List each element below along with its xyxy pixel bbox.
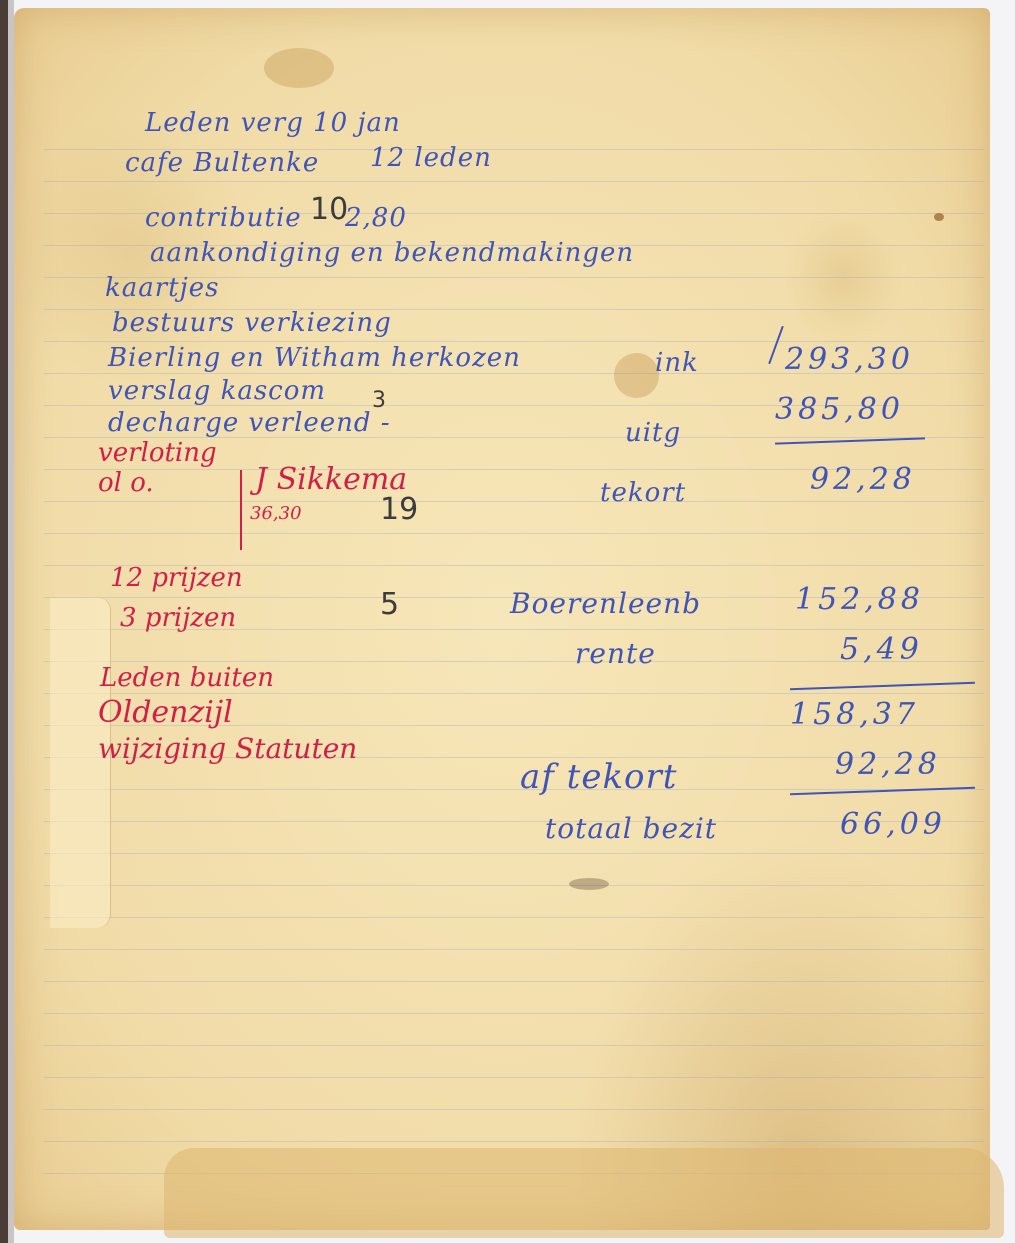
water-stain-bottom [164, 1148, 1004, 1238]
total-value: 66,09 [840, 810, 946, 840]
contribution-value: 2,80 [345, 205, 407, 231]
prizes-3: 3 prijzen [120, 605, 236, 631]
contribution-pencil-overwrite: 10 [310, 195, 348, 225]
audit-report-line: verslag kascom [108, 378, 326, 404]
stain [264, 48, 334, 88]
village-name: Oldenzijl [98, 698, 233, 728]
member-count: 12 leden [370, 145, 492, 171]
red-brace [240, 470, 242, 550]
income-value: 293,30 [785, 345, 914, 375]
board-election-line: bestuurs verkiezing [112, 310, 392, 336]
contribution-label: contributie [145, 205, 302, 231]
stain [614, 353, 659, 398]
deficit-value: 92,28 [810, 465, 916, 495]
bank-label: Boerenleenb [510, 590, 701, 618]
minus-deficit-value: 92,28 [835, 750, 941, 780]
prizes-12: 12 prijzen [110, 565, 243, 591]
pencil-number-5: 5 [380, 590, 399, 620]
raffle-label: verloting [98, 440, 217, 466]
ink-smudge [569, 878, 609, 890]
re-elected-line: Bierling en Witham herkozen [108, 345, 521, 371]
total-label: totaal bezit [545, 815, 717, 843]
statute-change: wijziging Statuten [98, 735, 357, 763]
announcements-line: aankondiging en bekendmakingen [150, 240, 634, 266]
pencil-check-3: 3 [372, 390, 386, 412]
raffle-name: J Sikkema [255, 465, 407, 495]
subtotal-value: 158,37 [790, 700, 919, 730]
expense-value: 385,80 [775, 395, 904, 425]
interest-value: 5,49 [840, 635, 923, 665]
raffle-amount: 36,30 [250, 505, 302, 523]
expense-label: uitg [625, 420, 681, 446]
deficit-label: tekort [600, 480, 686, 506]
interest-label: rente [575, 640, 656, 668]
income-label: ink [655, 350, 699, 376]
minus-deficit-label: af tekort [520, 760, 677, 794]
meeting-title: Leden verg 10 jan [145, 110, 401, 136]
raffle-sub-label: ol o. [98, 470, 154, 496]
members-outside: Leden buiten [100, 665, 274, 691]
tickets-line: kaartjes [105, 275, 219, 301]
pencil-number-19: 19 [380, 495, 418, 525]
bank-value: 152,88 [795, 585, 924, 615]
discharge-line: decharge verleend - [108, 410, 391, 436]
meeting-location: cafe Bultenke [125, 150, 319, 176]
stain [934, 213, 944, 221]
scanner-edge [0, 0, 8, 1243]
